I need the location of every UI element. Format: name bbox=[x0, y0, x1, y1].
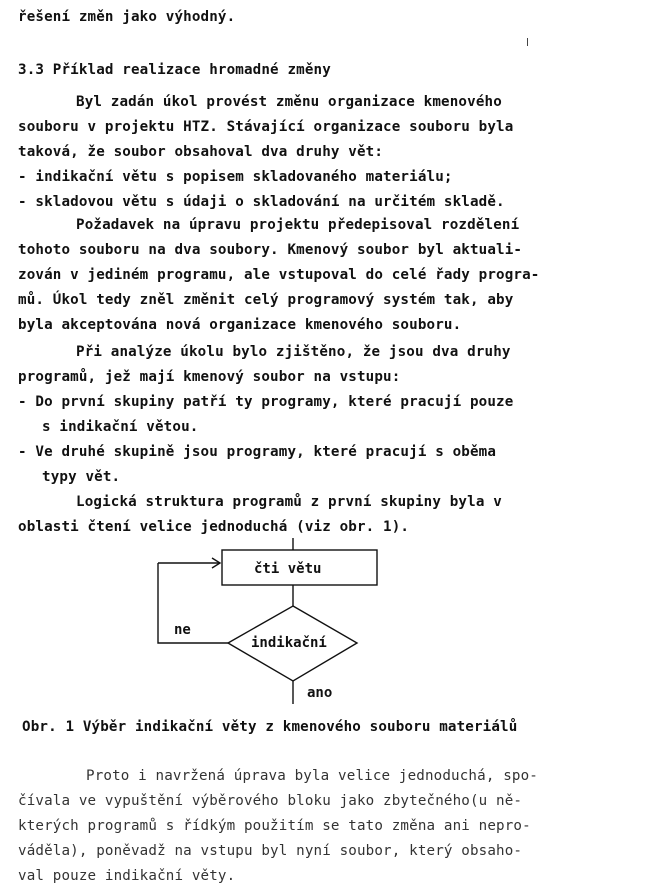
text-line: val pouze indikační věty. bbox=[18, 868, 235, 884]
flowchart-lines bbox=[0, 0, 648, 894]
text-line: kterých programů s řídkým použitím se ta… bbox=[18, 818, 531, 834]
process-box-label: čti větu bbox=[254, 561, 321, 577]
decision-label: indikační bbox=[251, 635, 327, 651]
figure-caption: Obr. 1 Výběr indikační věty z kmenového … bbox=[22, 719, 517, 735]
text-line: čívala ve vypuštění výběrového bloku jak… bbox=[18, 793, 522, 809]
no-branch-label: ne bbox=[174, 622, 191, 638]
text-line: váděla), poněvadž na vstupu byl nyní sou… bbox=[18, 843, 522, 859]
no-branch-line bbox=[158, 563, 228, 643]
scan-artifact bbox=[527, 38, 528, 46]
text-line: Proto i navržená úprava byla velice jedn… bbox=[86, 768, 538, 784]
yes-branch-label: ano bbox=[307, 685, 332, 701]
